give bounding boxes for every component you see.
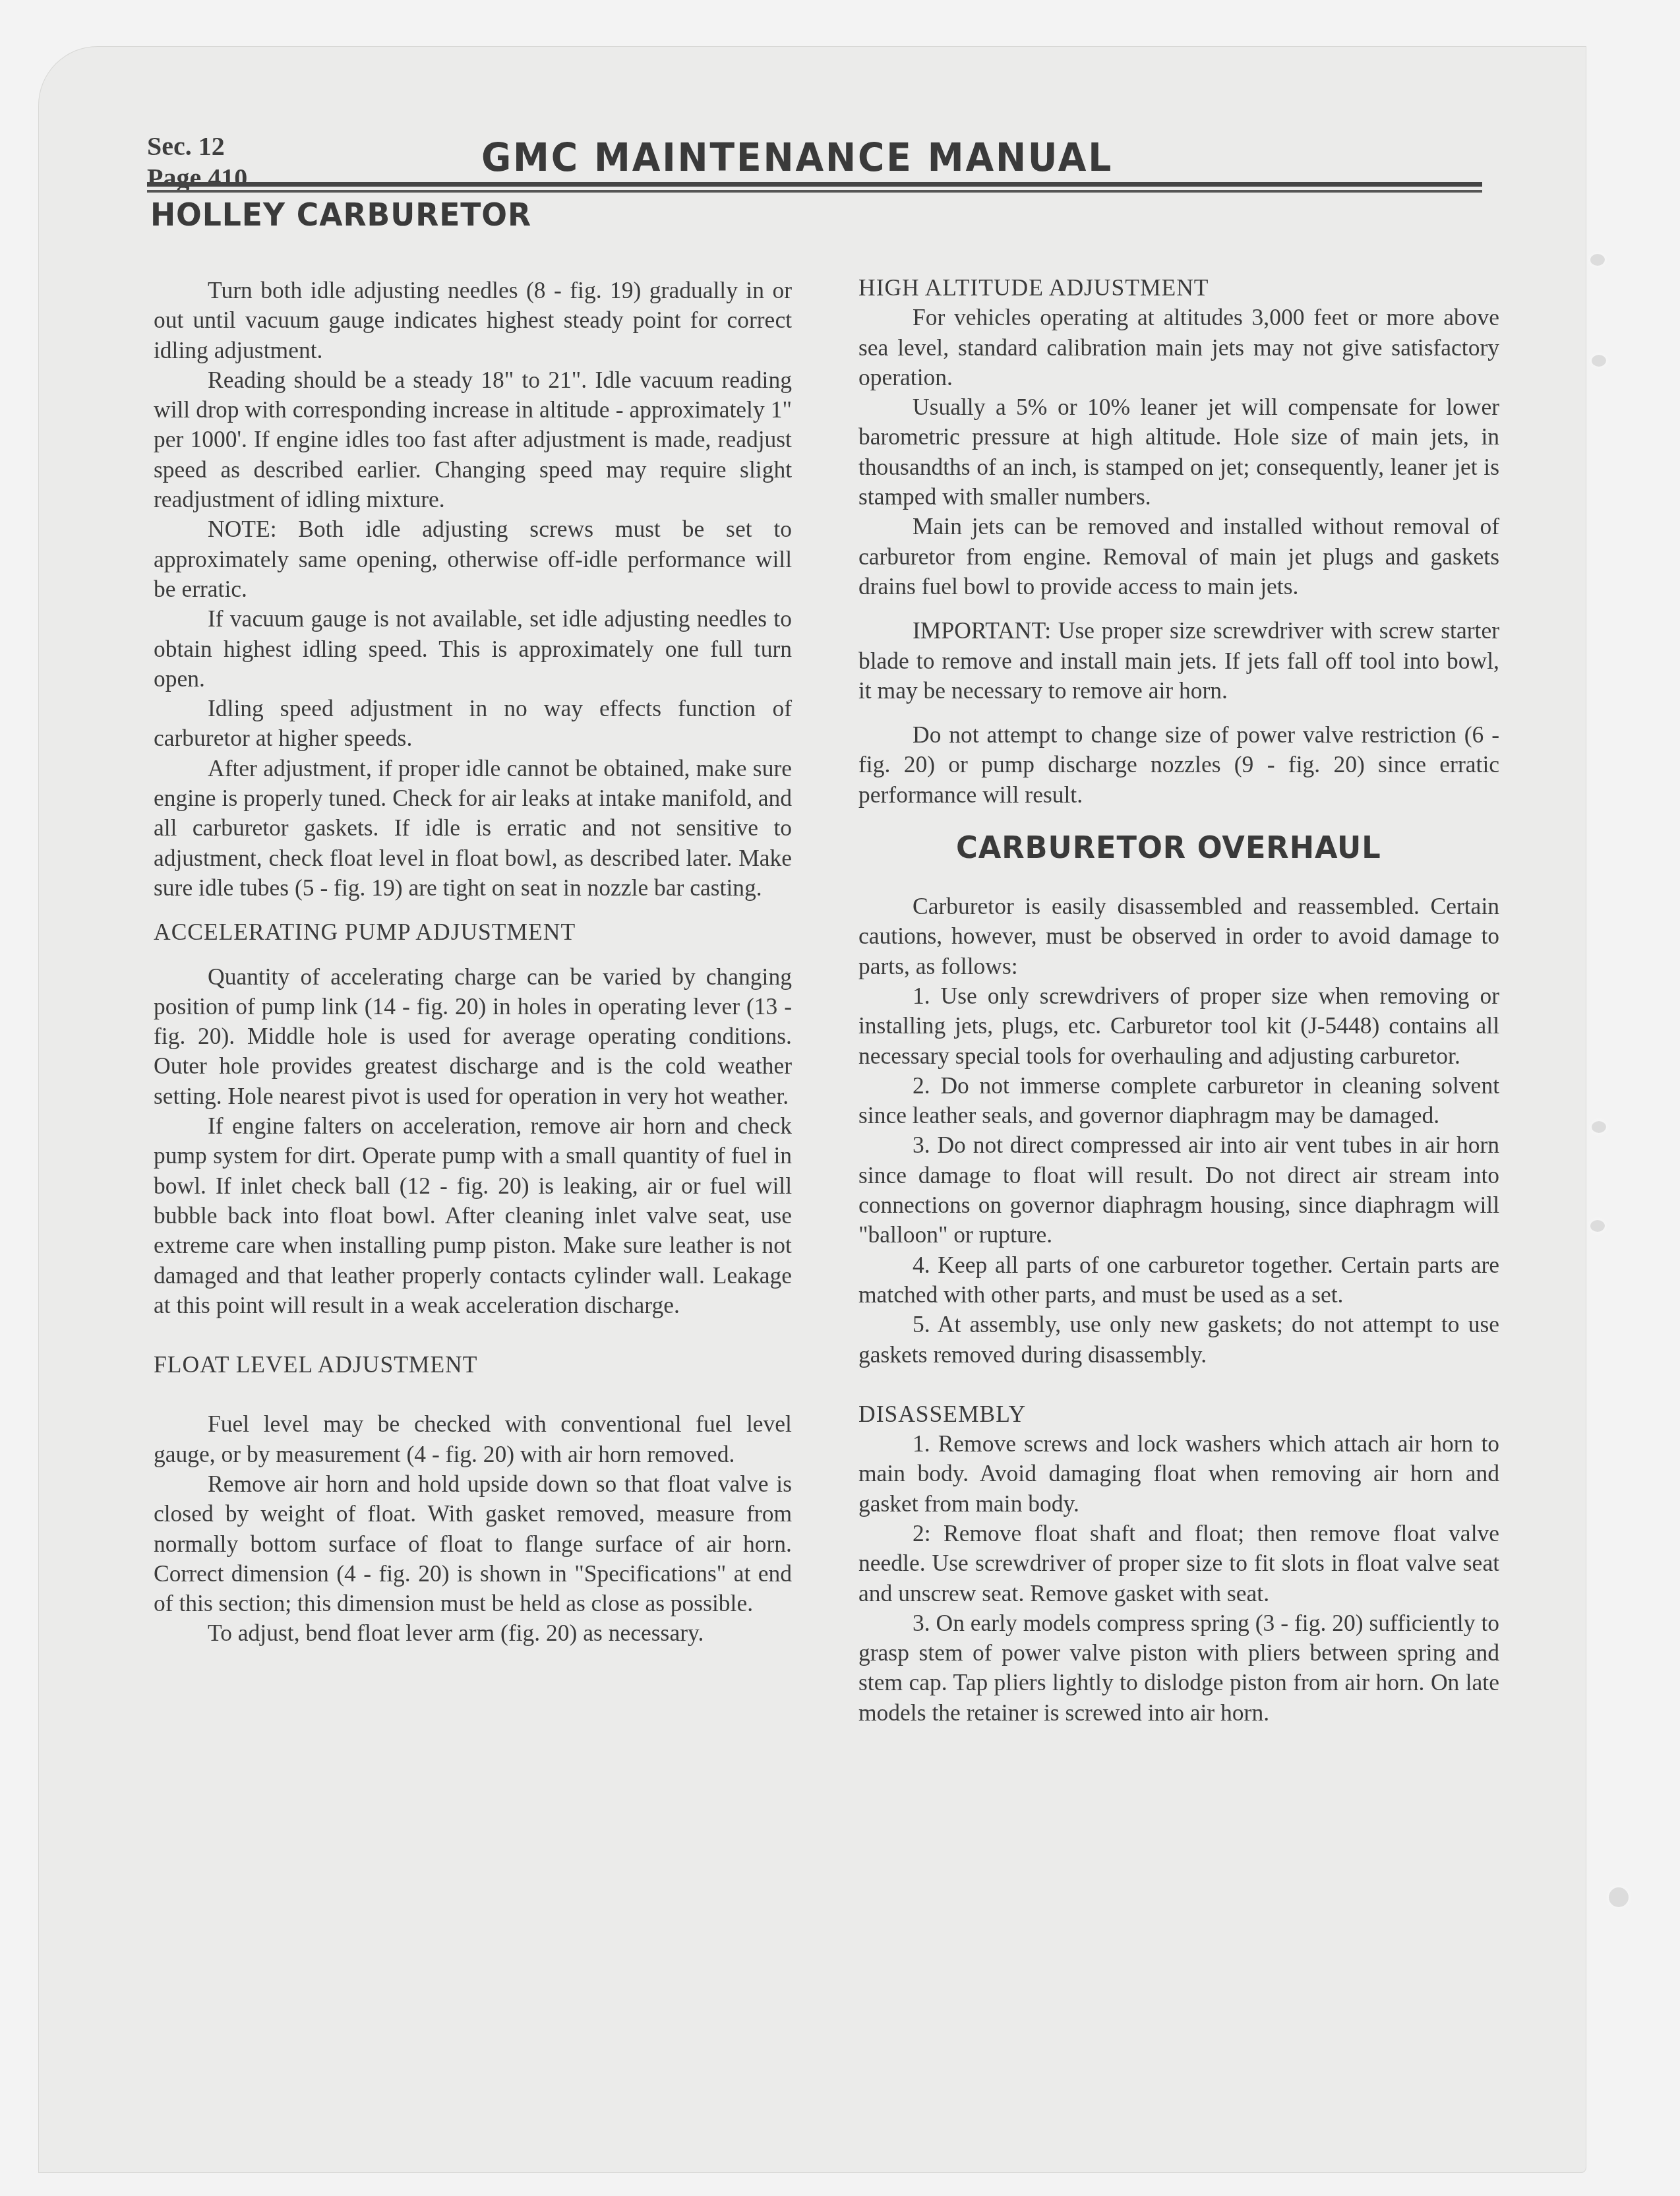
paragraph: If vacuum gauge is not available, set id…	[154, 604, 792, 694]
left-column: Turn both idle adjusting needles (8 - fi…	[154, 276, 792, 1649]
heading-carburetor-overhaul: CARBURETOR OVERHAUL	[956, 828, 1472, 868]
section-number: Sec. 12	[147, 131, 247, 162]
caution-item: 4. Keep all parts of one carburetor toge…	[858, 1250, 1499, 1310]
paragraph: Idling speed adjustment in no way effect…	[154, 694, 792, 754]
disassembly-step: 3. On early models compress spring (3 - …	[858, 1608, 1499, 1728]
header-rule	[147, 182, 1482, 187]
caution-item: 2. Do not immerse complete carburetor in…	[858, 1071, 1499, 1131]
page-number: Page 410	[147, 162, 247, 194]
caution-item: 1. Use only screwdrivers of proper size …	[858, 981, 1499, 1071]
paragraph: If engine falters on acceleration, remov…	[154, 1111, 792, 1320]
paragraph: Reading should be a steady 18" to 21". I…	[154, 365, 792, 514]
paragraph: After adjustment, if proper idle cannot …	[154, 754, 792, 903]
paragraph: Fuel level may be checked with conventio…	[154, 1409, 792, 1469]
paragraph: Main jets can be removed and installed w…	[858, 512, 1499, 601]
binder-hole	[1592, 355, 1606, 367]
binder-hole	[1592, 1121, 1606, 1133]
right-column: HIGH ALTITUDE ADJUSTMENT For vehicles op…	[858, 273, 1499, 1728]
disassembly-step: 1. Remove screws and lock washers which …	[858, 1429, 1499, 1519]
paragraph: Usually a 5% or 10% leaner jet will comp…	[858, 392, 1499, 512]
binder-hole	[1590, 1220, 1605, 1232]
paragraph: Turn both idle adjusting needles (8 - fi…	[154, 276, 792, 365]
subheading-accelerating-pump: ACCELERATING PUMP ADJUSTMENT	[154, 917, 792, 947]
paragraph: Remove air horn and hold upside down so …	[154, 1469, 792, 1618]
paragraph: Do not attempt to change size of power v…	[858, 720, 1499, 810]
subheading-high-altitude: HIGH ALTITUDE ADJUSTMENT	[858, 273, 1499, 303]
paragraph: For vehicles operating at altitudes 3,00…	[858, 303, 1499, 392]
header-rule	[147, 190, 1482, 193]
binder-hole	[1609, 1887, 1629, 1907]
disassembly-step: 2: Remove float shaft and float; then re…	[858, 1519, 1499, 1608]
important-paragraph: IMPORTANT: Use proper size screwdriver w…	[858, 616, 1499, 706]
note-paragraph: NOTE: Both idle adjusting screws must be…	[154, 514, 792, 604]
caution-item: 3. Do not direct compressed air into air…	[858, 1130, 1499, 1250]
paragraph: To adjust, bend float lever arm (fig. 20…	[154, 1618, 792, 1648]
subheading-disassembly: DISASSEMBLY	[858, 1399, 1499, 1429]
subheading-float-level: FLOAT LEVEL ADJUSTMENT	[154, 1350, 792, 1380]
caution-item: 5. At assembly, use only new gaskets; do…	[858, 1310, 1499, 1370]
manual-title: GMC MAINTENANCE MANUAL	[481, 135, 1113, 180]
paragraph: Quantity of accelerating charge can be v…	[154, 962, 792, 1111]
binder-hole	[1590, 254, 1605, 266]
page-title: HOLLEY CARBURETOR	[150, 197, 531, 233]
paragraph: Carburetor is easily disassembled and re…	[858, 892, 1499, 981]
